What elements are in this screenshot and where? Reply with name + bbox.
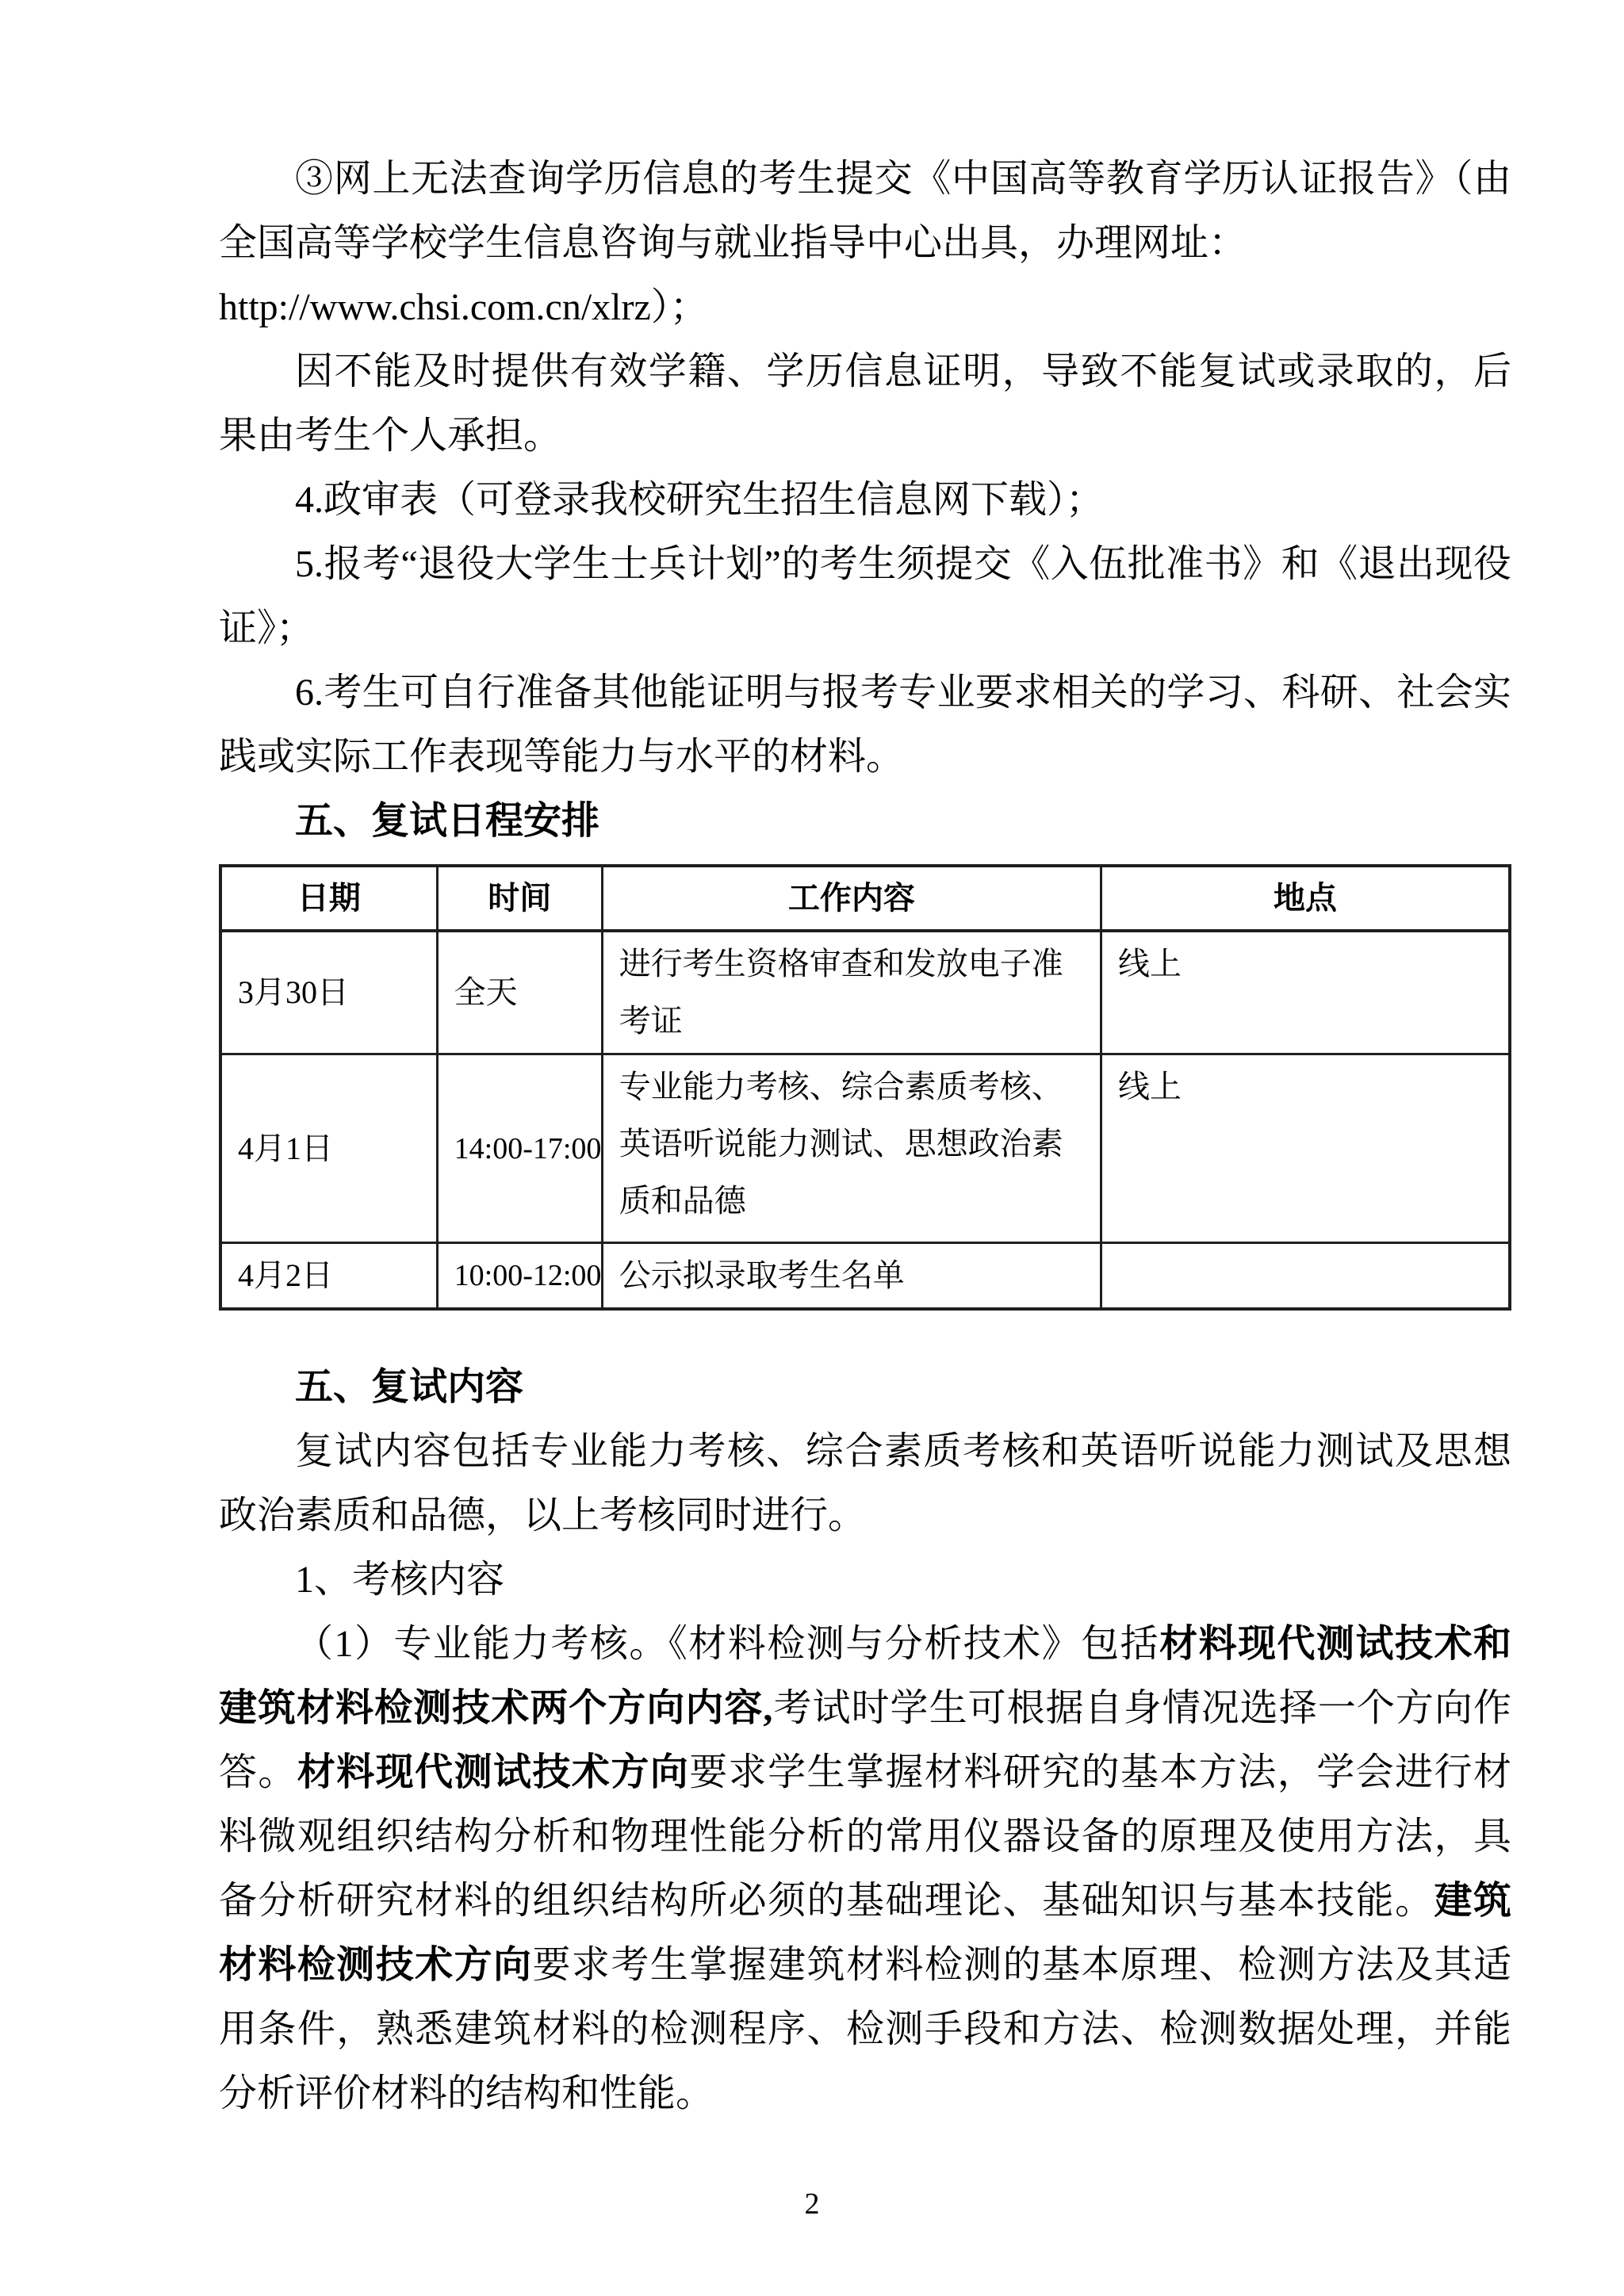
col-header-location: 地点	[1101, 866, 1510, 931]
section-heading-retest-content: 五、复试内容	[219, 1355, 1511, 1419]
col-header-time: 时间	[437, 866, 602, 931]
cell-date: 4月2日	[220, 1243, 437, 1310]
cell-task: 专业能力考核、综合素质考核、英语听说能力测试、思想政治素质和品德	[602, 1054, 1101, 1243]
paragraph-item-4-political-review: 4.政审表（可登录我校研究生招生信息网下载）；	[219, 468, 1511, 532]
paragraph-assessment-content-label: 1、考核内容	[219, 1548, 1511, 1612]
paragraph-verification-url: http://www.chsi.com.cn/xlrz）；	[219, 275, 1511, 339]
paragraph-item-6-other-materials: 6.考生可自行准备其他能证明与报考专业要求相关的学习、科研、社会实践或实际工作表…	[219, 660, 1511, 789]
document-page: ③网上无法查询学历信息的考生提交《中国高等教育学历认证报告》（由全国高等学校学生…	[0, 0, 1624, 2296]
paragraph-item-5-veteran-plan: 5.报考“退役大学生士兵计划”的考生须提交《入伍批准书》和《退出现役证》；	[219, 532, 1511, 660]
document-body: ③网上无法查询学历信息的考生提交《中国高等教育学历认证报告》（由全国高等学校学生…	[219, 147, 1511, 2126]
paragraph-professional-exam: （1）专业能力考核。《材料检测与分析技术》包括材料现代测试技术和建筑材料检测技术…	[219, 1612, 1511, 2126]
section-heading-schedule: 五、复试日程安排	[219, 789, 1511, 853]
col-header-task: 工作内容	[602, 866, 1101, 931]
cell-task: 进行考生资格审查和发放电子准考证	[602, 931, 1101, 1054]
cell-location: 线上	[1101, 1054, 1510, 1243]
text-segment: （1）专业能力考核。《材料检测与分析技术》包括	[295, 1623, 1159, 1665]
page-number: 2	[0, 2188, 1624, 2220]
cell-location: 线上	[1101, 931, 1510, 1054]
paragraph-degree-report: ③网上无法查询学历信息的考生提交《中国高等教育学历认证报告》（由全国高等学校学生…	[219, 147, 1511, 275]
text-segment-bold: 材料现代测试技术方向	[297, 1751, 689, 1793]
table-row: 4月1日 14:00-17:00 专业能力考核、综合素质考核、英语听说能力测试、…	[220, 1054, 1510, 1243]
table-row: 3月30日 全天 进行考生资格审查和发放电子准考证 线上	[220, 931, 1510, 1054]
cell-location	[1101, 1243, 1510, 1310]
cell-time: 10:00-12:00	[437, 1243, 602, 1310]
cell-task: 公示拟录取考生名单	[602, 1243, 1101, 1310]
paragraph-retest-overview: 复试内容包括专业能力考核、综合素质考核和英语听说能力测试及思想政治素质和品德，以…	[219, 1419, 1511, 1548]
table-header-row: 日期 时间 工作内容 地点	[220, 866, 1510, 931]
cell-date: 3月30日	[220, 931, 437, 1054]
cell-date: 4月1日	[220, 1054, 437, 1243]
schedule-table: 日期 时间 工作内容 地点 3月30日 全天 进行考生资格审查和发放电子准考证 …	[219, 864, 1511, 1311]
col-header-date: 日期	[220, 866, 437, 931]
cell-time: 14:00-17:00	[437, 1054, 602, 1243]
table-row: 4月2日 10:00-12:00 公示拟录取考生名单	[220, 1243, 1510, 1310]
paragraph-consequence: 因不能及时提供有效学籍、学历信息证明，导致不能复试或录取的，后果由考生个人承担。	[219, 339, 1511, 468]
cell-time: 全天	[437, 931, 602, 1054]
